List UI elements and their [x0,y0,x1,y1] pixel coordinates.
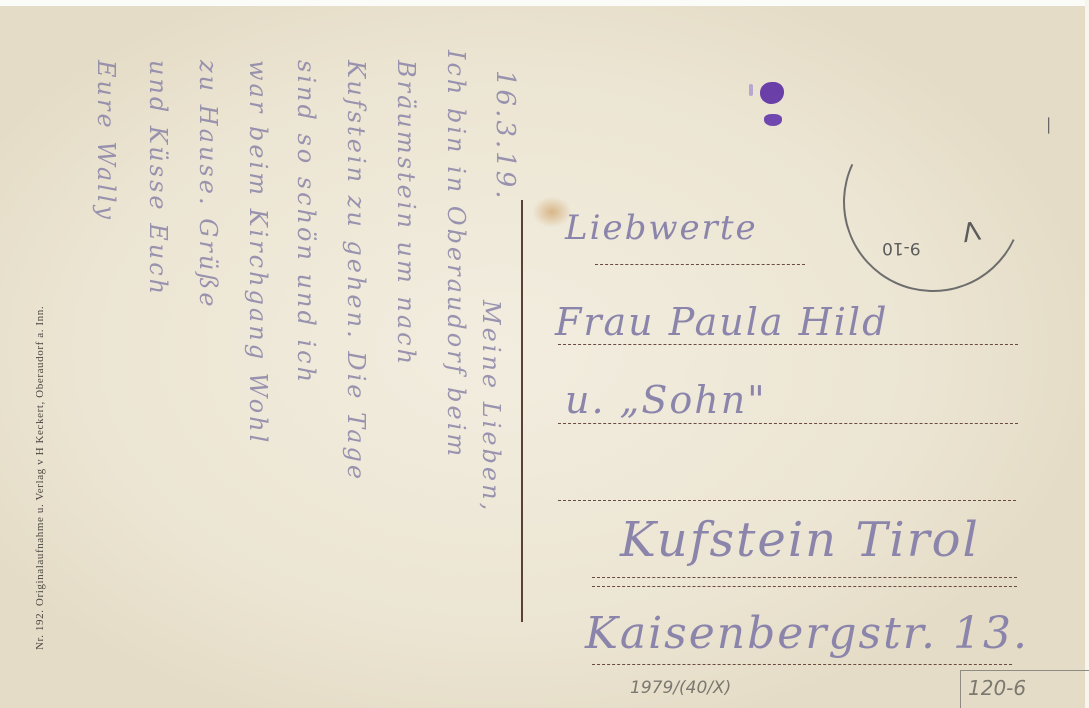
ink-mark [749,84,753,96]
address-rule [595,264,805,265]
address-rule [592,577,1017,578]
stamp-corner-mark: — [1039,117,1060,135]
message-line: war beim Kirchgang Wohl [244,60,272,445]
publisher-imprint: Nr. 192. Originalaufnahme u. Verlag v H … [34,306,46,650]
center-divider [521,200,523,622]
address-rule [558,423,1018,424]
archive-note: 1979/(40/X) [630,678,731,698]
message-line: Kufstein zu gehen. Die Tage [342,60,370,482]
address-line-2: u. „Sohn" [565,378,767,422]
postcard-back: Nr. 192. Originalaufnahme u. Verlag v H … [0,0,1089,708]
address-rule [592,664,1012,665]
address-city: Kufstein Tirol [620,512,980,568]
message-line: Ich bin in Oberaudorf beim [442,50,470,459]
address-rule [558,344,1018,345]
address-line-1: Frau Paula Hild [555,300,888,344]
scan-edge-right [1085,0,1089,708]
archive-number: 120-6 [968,676,1026,700]
message-line: Bräumstein um nach [392,60,420,367]
address-rule [592,586,1017,587]
message-line: zu Hause. Grüße [194,60,222,310]
scan-edge-top [0,0,1089,6]
postmark-time: 9-10 [882,238,921,258]
address-salutation: Liebwerte [565,208,758,248]
ink-blot [764,114,782,126]
message-date: 16.3.19. [490,70,520,202]
message-line: Meine Lieben, [477,300,505,513]
message-line: Eure Wally [92,60,120,222]
ink-blot [760,82,784,104]
message-line: und Küsse Euch [144,60,172,297]
address-rule [558,500,1016,501]
address-street: Kaisenbergstr. 13. [585,608,1029,659]
message-line: sind so schön und ich [292,60,320,385]
postmark-circle [818,87,1049,318]
